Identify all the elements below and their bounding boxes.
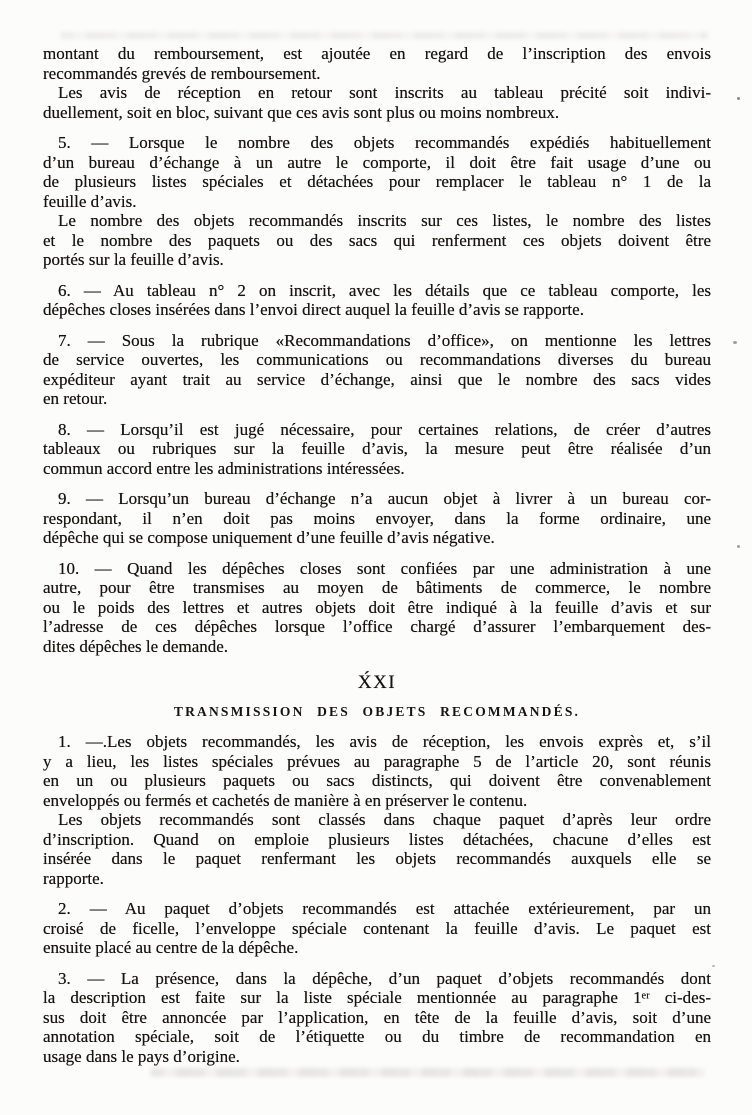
text-line: dépêches closes insérées dans l’envoi di… xyxy=(43,300,711,320)
text-line: 10. — Quand les dépêches closes sont con… xyxy=(43,559,711,579)
section-number-heading: X́XI xyxy=(43,670,711,695)
text-line: enveloppés ou fermés et cachetés de mani… xyxy=(43,791,711,811)
text-line: ou le poids des lettres et autres objets… xyxy=(43,598,711,618)
scan-bleedthrough-smudge-top xyxy=(60,32,708,39)
text-line: et le nombre des paquets ou des sacs qui… xyxy=(43,231,711,251)
text-line: de plusieurs listes spéciales et détaché… xyxy=(43,172,711,192)
text-line: dites dépêches le demande. xyxy=(43,637,711,657)
text-line: d’inscription. Quand on emploie plusieur… xyxy=(43,830,711,850)
paragraph: 5. — Lorsque le nombre des objets recomm… xyxy=(43,133,711,211)
paragraph: 8. — Lorsqu’il est jugé nécessaire, pour… xyxy=(43,420,711,479)
text-line: d’un bureau d’échange à un autre le comp… xyxy=(43,153,711,173)
text-line: annotation spéciale, soit de l’étiquette… xyxy=(43,1027,711,1047)
scan-speck xyxy=(737,545,740,548)
text-line: en un ou plusieurs paquets ou sacs disti… xyxy=(43,771,711,791)
text-line: Le nombre des objets recommandés inscrit… xyxy=(43,211,711,231)
paragraph: 3. — La présence, dans la dépêche, d’un … xyxy=(43,969,711,1067)
text-line: usage dans le pays d’origine. xyxy=(43,1047,711,1067)
scan-bleedthrough-smudge-bottom xyxy=(150,1068,705,1077)
text-line: Les avis de réception en retour sont ins… xyxy=(43,83,711,103)
paragraph: 6. — Au tableau n° 2 on inscrit, avec le… xyxy=(43,281,711,320)
paragraph: Les avis de réception en retour sont ins… xyxy=(43,83,711,122)
text-line: 5. — Lorsque le nombre des objets recomm… xyxy=(43,133,711,153)
text-line: l’adresse de ces dépêches lorsque l’offi… xyxy=(43,617,711,637)
text-line: duellement, soit en bloc, suivant que ce… xyxy=(43,103,711,123)
text-line: insérée dans le paquet renfermant les ob… xyxy=(43,849,711,869)
text-line: de service ouvertes, les communications … xyxy=(43,350,711,370)
paragraph: 10. — Quand les dépêches closes sont con… xyxy=(43,559,711,657)
text-line: respondant, il n’en doit pas moins envoy… xyxy=(43,509,711,529)
text-line: rapporte. xyxy=(43,869,711,889)
text-line: 3. — La présence, dans la dépêche, d’un … xyxy=(43,969,711,989)
text-line: 9. — Lorsqu’un bureau d’échange n’a aucu… xyxy=(43,489,711,509)
text-line: 7. — Sous la rubrique «Recommandations d… xyxy=(43,331,711,351)
text-line: sus doit être annoncée par l’application… xyxy=(43,1008,711,1028)
section-title-heading: TRANSMISSION DES OBJETS RECOMMANDÉS. xyxy=(43,703,711,721)
text-line: commun accord entre les administrations … xyxy=(43,459,711,479)
paragraph: Le nombre des objets recommandés inscrit… xyxy=(43,211,711,270)
scan-speck xyxy=(733,341,737,344)
paragraph: 1. —.Les objets recommandés, les avis de… xyxy=(43,732,711,810)
text-line: tableaux ou rubriques sur la feuille d’a… xyxy=(43,439,711,459)
scan-speck xyxy=(712,965,715,967)
text-line: 1. —.Les objets recommandés, les avis de… xyxy=(43,732,711,752)
scan-speck xyxy=(737,97,740,100)
paragraph: montant du remboursement, est ajoutée en… xyxy=(43,44,711,83)
text-line: expéditeur ayant trait au service d’écha… xyxy=(43,370,711,390)
paragraph: 9. — Lorsqu’un bureau d’échange n’a aucu… xyxy=(43,489,711,548)
text-line: Les objets recommandés sont classés dans… xyxy=(43,810,711,830)
text-line: dépêche qui se compose uniquement d’une … xyxy=(43,528,711,548)
paragraph: 7. — Sous la rubrique «Recommandations d… xyxy=(43,331,711,409)
text-line: feuille d’avis. xyxy=(43,192,711,212)
text-line: la description est faite sur la liste sp… xyxy=(43,988,711,1008)
text-line: portés sur la feuille d’avis. xyxy=(43,250,711,270)
text-line: 6. — Au tableau n° 2 on inscrit, avec le… xyxy=(43,281,711,301)
text-line: y a lieu, les listes spéciales prévues a… xyxy=(43,752,711,772)
text-line: croisé de ficelle, l’enveloppe spéciale … xyxy=(43,919,711,939)
text-line: autre, pour être transmises au moyen de … xyxy=(43,578,711,598)
text-line: recommandés grevés de remboursement. xyxy=(43,64,711,84)
text-line: en retour. xyxy=(43,389,711,409)
paragraph: 2. — Au paquet d’objets recommandés est … xyxy=(43,899,711,958)
text-line: 8. — Lorsqu’il est jugé nécessaire, pour… xyxy=(43,420,711,440)
text-line: ensuite placé au centre de la dépêche. xyxy=(43,938,711,958)
text-line: 2. — Au paquet d’objets recommandés est … xyxy=(43,899,711,919)
page-content: montant du remboursement, est ajoutée en… xyxy=(43,44,711,1066)
text-line: montant du remboursement, est ajoutée en… xyxy=(43,44,711,64)
paragraph: Les objets recommandés sont classés dans… xyxy=(43,810,711,888)
